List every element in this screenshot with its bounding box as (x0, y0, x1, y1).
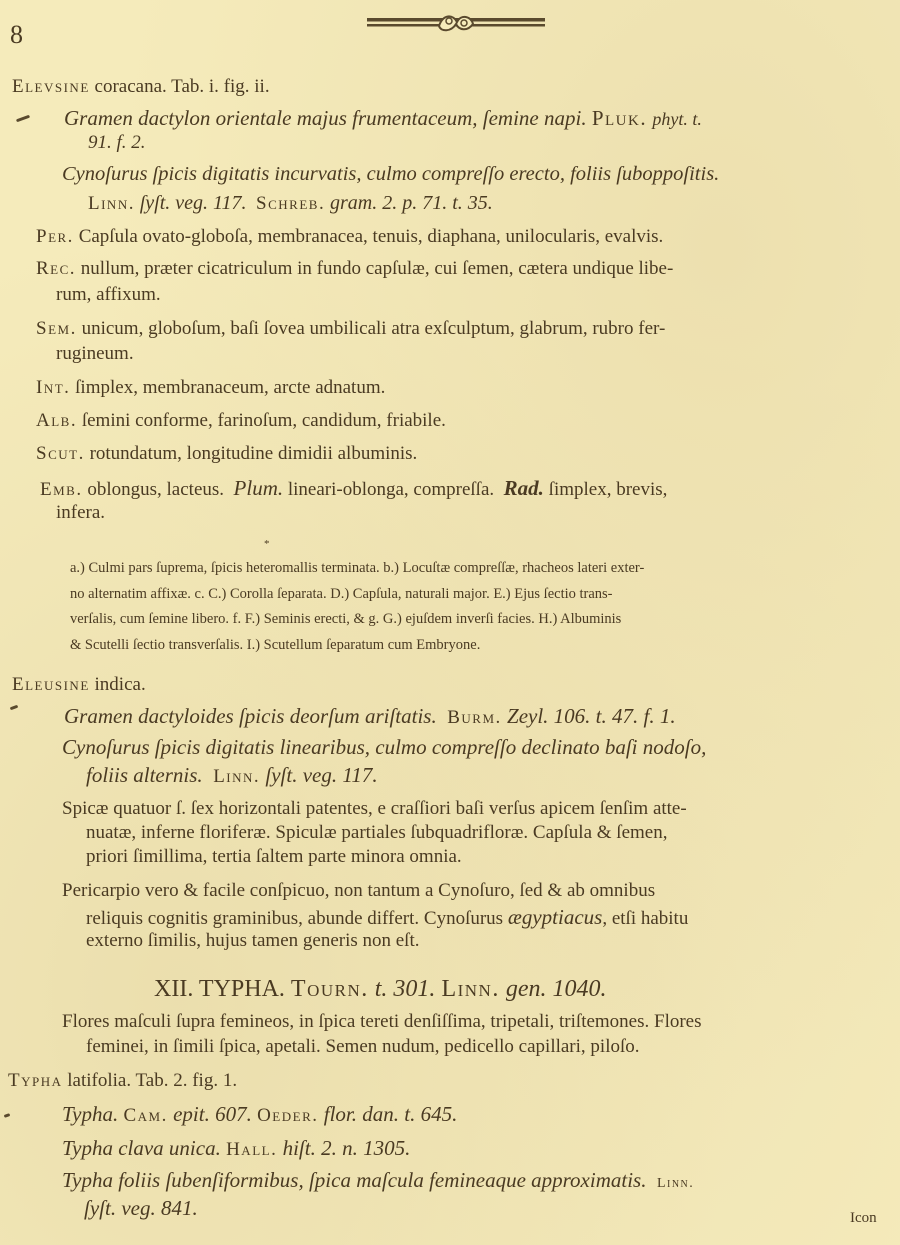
reference-text: phyt. t. (652, 109, 702, 129)
synonym-reference-line: Linn. ſyſt. veg. 117. Schreb. gram. 2. p… (88, 192, 493, 215)
author-abbrev: Linn. (657, 1176, 694, 1191)
seed-line: Sem. unicum, globoſum, baſi ſovea umbili… (36, 318, 665, 340)
synonym-continuation: foliis alternis. Linn. ſyſt. veg. 117. (86, 763, 378, 788)
figure-caption-line: verſalis, cum ſemine libero. f. F.) Semi… (70, 611, 621, 628)
section-label: Sem. (36, 318, 77, 339)
figure-caption-line: & Scutelli ſectio transverſalis. I.) Scu… (70, 637, 480, 654)
scutellum-line: Scut. rotundatum, longitudine dimidii al… (36, 443, 417, 465)
receptacle-continuation: rum, affixum. (56, 284, 161, 306)
page-number: 8 (10, 20, 23, 50)
description-text: reliquis cognitis graminibus, abunde dif… (86, 908, 508, 929)
synonym-text: Typha foliis ſubenſiformibus, ſpica maſc… (62, 1168, 646, 1192)
section-label: Scut. (36, 443, 85, 464)
synonym-line: Gramen dactyloides ſpicis deorſum ariſta… (64, 704, 676, 729)
pencil-mark-icon (10, 705, 19, 711)
synonym-line: Cynoſurus ſpicis digitatis linearibus, c… (62, 735, 706, 760)
embryo-line: Emb. oblongus, lacteus. Plum. lineari-ob… (40, 476, 667, 501)
book-page: 8 Elevsine coracana. Tab. i. fig. ii. Gr… (0, 0, 900, 1245)
section-text: Capſula ovato-globoſa, membranacea, tenu… (79, 226, 664, 247)
plate-reference: Tab. i. fig. ii. (167, 76, 270, 97)
albumen-line: Alb. ſemini conforme, farinoſum, candidu… (36, 410, 446, 432)
author-abbrev: Linn. (213, 766, 260, 787)
author-abbrev: Schreb. (256, 193, 325, 214)
section-label: Per. (36, 226, 74, 247)
genus-heading: XII. TYPHA. Tourn. t. 301. Linn. gen. 10… (154, 976, 606, 1003)
section-text: rotundatum, longitudine dimidii albumini… (90, 443, 418, 464)
description-line: Spicæ quatuor ſ. ſex horizontali patente… (62, 798, 687, 820)
section-text: ſimplex, brevis, (549, 479, 668, 500)
pencil-mark-icon (4, 1113, 11, 1118)
section-label: Int. (36, 377, 70, 398)
species-epithet: indica. (90, 674, 146, 695)
synonym-line: Gramen dactylon orientale majus frumenta… (64, 106, 702, 131)
species-genus-name: Elevsine (12, 76, 90, 97)
section-text: ſimplex, membranaceum, arcte adnatum. (75, 377, 385, 398)
section-label: Emb. (40, 479, 83, 500)
synonym-text: Typha. (62, 1102, 118, 1126)
genus-numeral: XII. (154, 976, 193, 1002)
embryo-continuation: infera. (56, 502, 105, 524)
reference-text: gram. 2. p. 71. t. 35. (330, 192, 493, 214)
author-abbrev: Linn. (88, 193, 135, 214)
section-label: Alb. (36, 410, 77, 431)
synonym-line: Cynoſurus ſpicis digitatis incurvatis, c… (62, 163, 719, 186)
description-text: , etſi habitu (602, 908, 688, 929)
radicle-label: Rad. (504, 476, 544, 500)
author-abbrev: Linn. (441, 976, 499, 1002)
figure-caption-line: no alternatim affixæ. c. C.) Corolla ſep… (70, 586, 613, 603)
synonym-line: Typha clava unica. Hall. hiſt. 2. n. 130… (62, 1136, 410, 1161)
species-genus-name: Eleusine (12, 674, 90, 695)
reference-text: hiſt. 2. n. 1305. (283, 1136, 411, 1160)
author-abbrev: Tourn. (291, 976, 369, 1002)
reference-text: Zeyl. 106. t. 47. f. 1. (507, 704, 676, 728)
plate-reference: Tab. 2. fig. 1. (131, 1070, 237, 1091)
author-abbrev: Oeder. (257, 1105, 318, 1126)
pericarp-line: Per. Capſula ovato-globoſa, membranacea,… (36, 226, 663, 248)
reference-text: ſyſt. veg. 117. (265, 763, 377, 787)
integument-line: Int. ſimplex, membranaceum, arcte adnatu… (36, 377, 385, 399)
seed-continuation: rugineum. (56, 343, 134, 365)
section-text: lineari-oblonga, compreſſa. (288, 479, 494, 500)
synonym-text: foliis alternis. (86, 763, 203, 787)
author-abbrev: Pluk. (592, 106, 647, 130)
reference-text: gen. 1040. (506, 976, 607, 1002)
reference-text: flor. dan. t. 645. (324, 1102, 458, 1126)
synonym-continuation: 91. f. 2. (88, 132, 146, 154)
author-abbrev: Cam. (123, 1105, 167, 1126)
genus-name: TYPHA. (199, 976, 285, 1002)
description-line: priori ſimillima, tertia ſaltem parte mi… (86, 846, 462, 868)
description-line: nuatæ, inferne floriferæ. Spiculæ partia… (86, 822, 667, 844)
section-text: ſemini conforme, farinoſum, candidum, fr… (82, 410, 446, 431)
asterisk-mark: * (264, 538, 270, 550)
description-line: externo ſimilis, hujus tamen generis non… (86, 930, 420, 952)
reference-text: t. 301. (375, 976, 436, 1002)
ornament-rule-icon (367, 12, 545, 34)
synonym-text: Gramen dactyloides ſpicis deorſum ariſta… (64, 704, 437, 728)
synonym-line: Typha. Cam. epit. 607. Oeder. flor. dan.… (62, 1102, 457, 1127)
description-line: Pericarpio vero & facile conſpicuo, non … (62, 880, 655, 902)
reference-text: epit. 607. (173, 1102, 252, 1126)
author-abbrev: Hall. (226, 1139, 277, 1160)
species-name-italic: ægyptiacus (508, 905, 603, 929)
section-text: nullum, præter cicatriculum in fundo cap… (81, 258, 674, 279)
section-text: oblongus, lacteus. (87, 479, 224, 500)
synonym-line: Typha foliis ſubenſiformibus, ſpica maſc… (62, 1168, 694, 1193)
section-text: unicum, globoſum, baſi ſovea umbilicali … (82, 318, 666, 339)
section-label: Rec. (36, 258, 76, 279)
synonym-text: Gramen dactylon orientale majus frumenta… (64, 106, 587, 130)
entry-heading-typha-latifolia: Typha latifolia. Tab. 2. fig. 1. (8, 1070, 237, 1092)
synonym-continuation: ſyſt. veg. 841. (84, 1196, 198, 1221)
receptacle-line: Rec. nullum, præter cicatriculum in fund… (36, 258, 673, 280)
species-epithet: coracana. (90, 76, 167, 97)
author-abbrev: Burm. (447, 707, 502, 728)
entry-heading-eleusine-indica: Eleusine indica. (12, 674, 146, 696)
genus-description-line: feminei, in ſimili ſpica, apetali. Semen… (86, 1036, 640, 1058)
pencil-mark-icon (16, 115, 30, 123)
description-line: reliquis cognitis graminibus, abunde dif… (86, 905, 688, 930)
species-epithet: latifolia. (63, 1070, 132, 1091)
catchword: Icon (850, 1210, 877, 1227)
entry-heading-elevsine-coracana: Elevsine coracana. Tab. i. fig. ii. (12, 76, 270, 98)
plumule-label: Plum. (234, 476, 284, 500)
figure-caption-line: a.) Culmi pars ſuprema, ſpicis heteromal… (70, 560, 644, 577)
genus-description-line: Flores maſculi ſupra femineos, in ſpica … (62, 1011, 702, 1033)
species-genus-name: Typha (8, 1070, 63, 1091)
synonym-text: Typha clava unica. (62, 1136, 221, 1160)
reference-text: ſyſt. veg. 117. (140, 192, 247, 214)
